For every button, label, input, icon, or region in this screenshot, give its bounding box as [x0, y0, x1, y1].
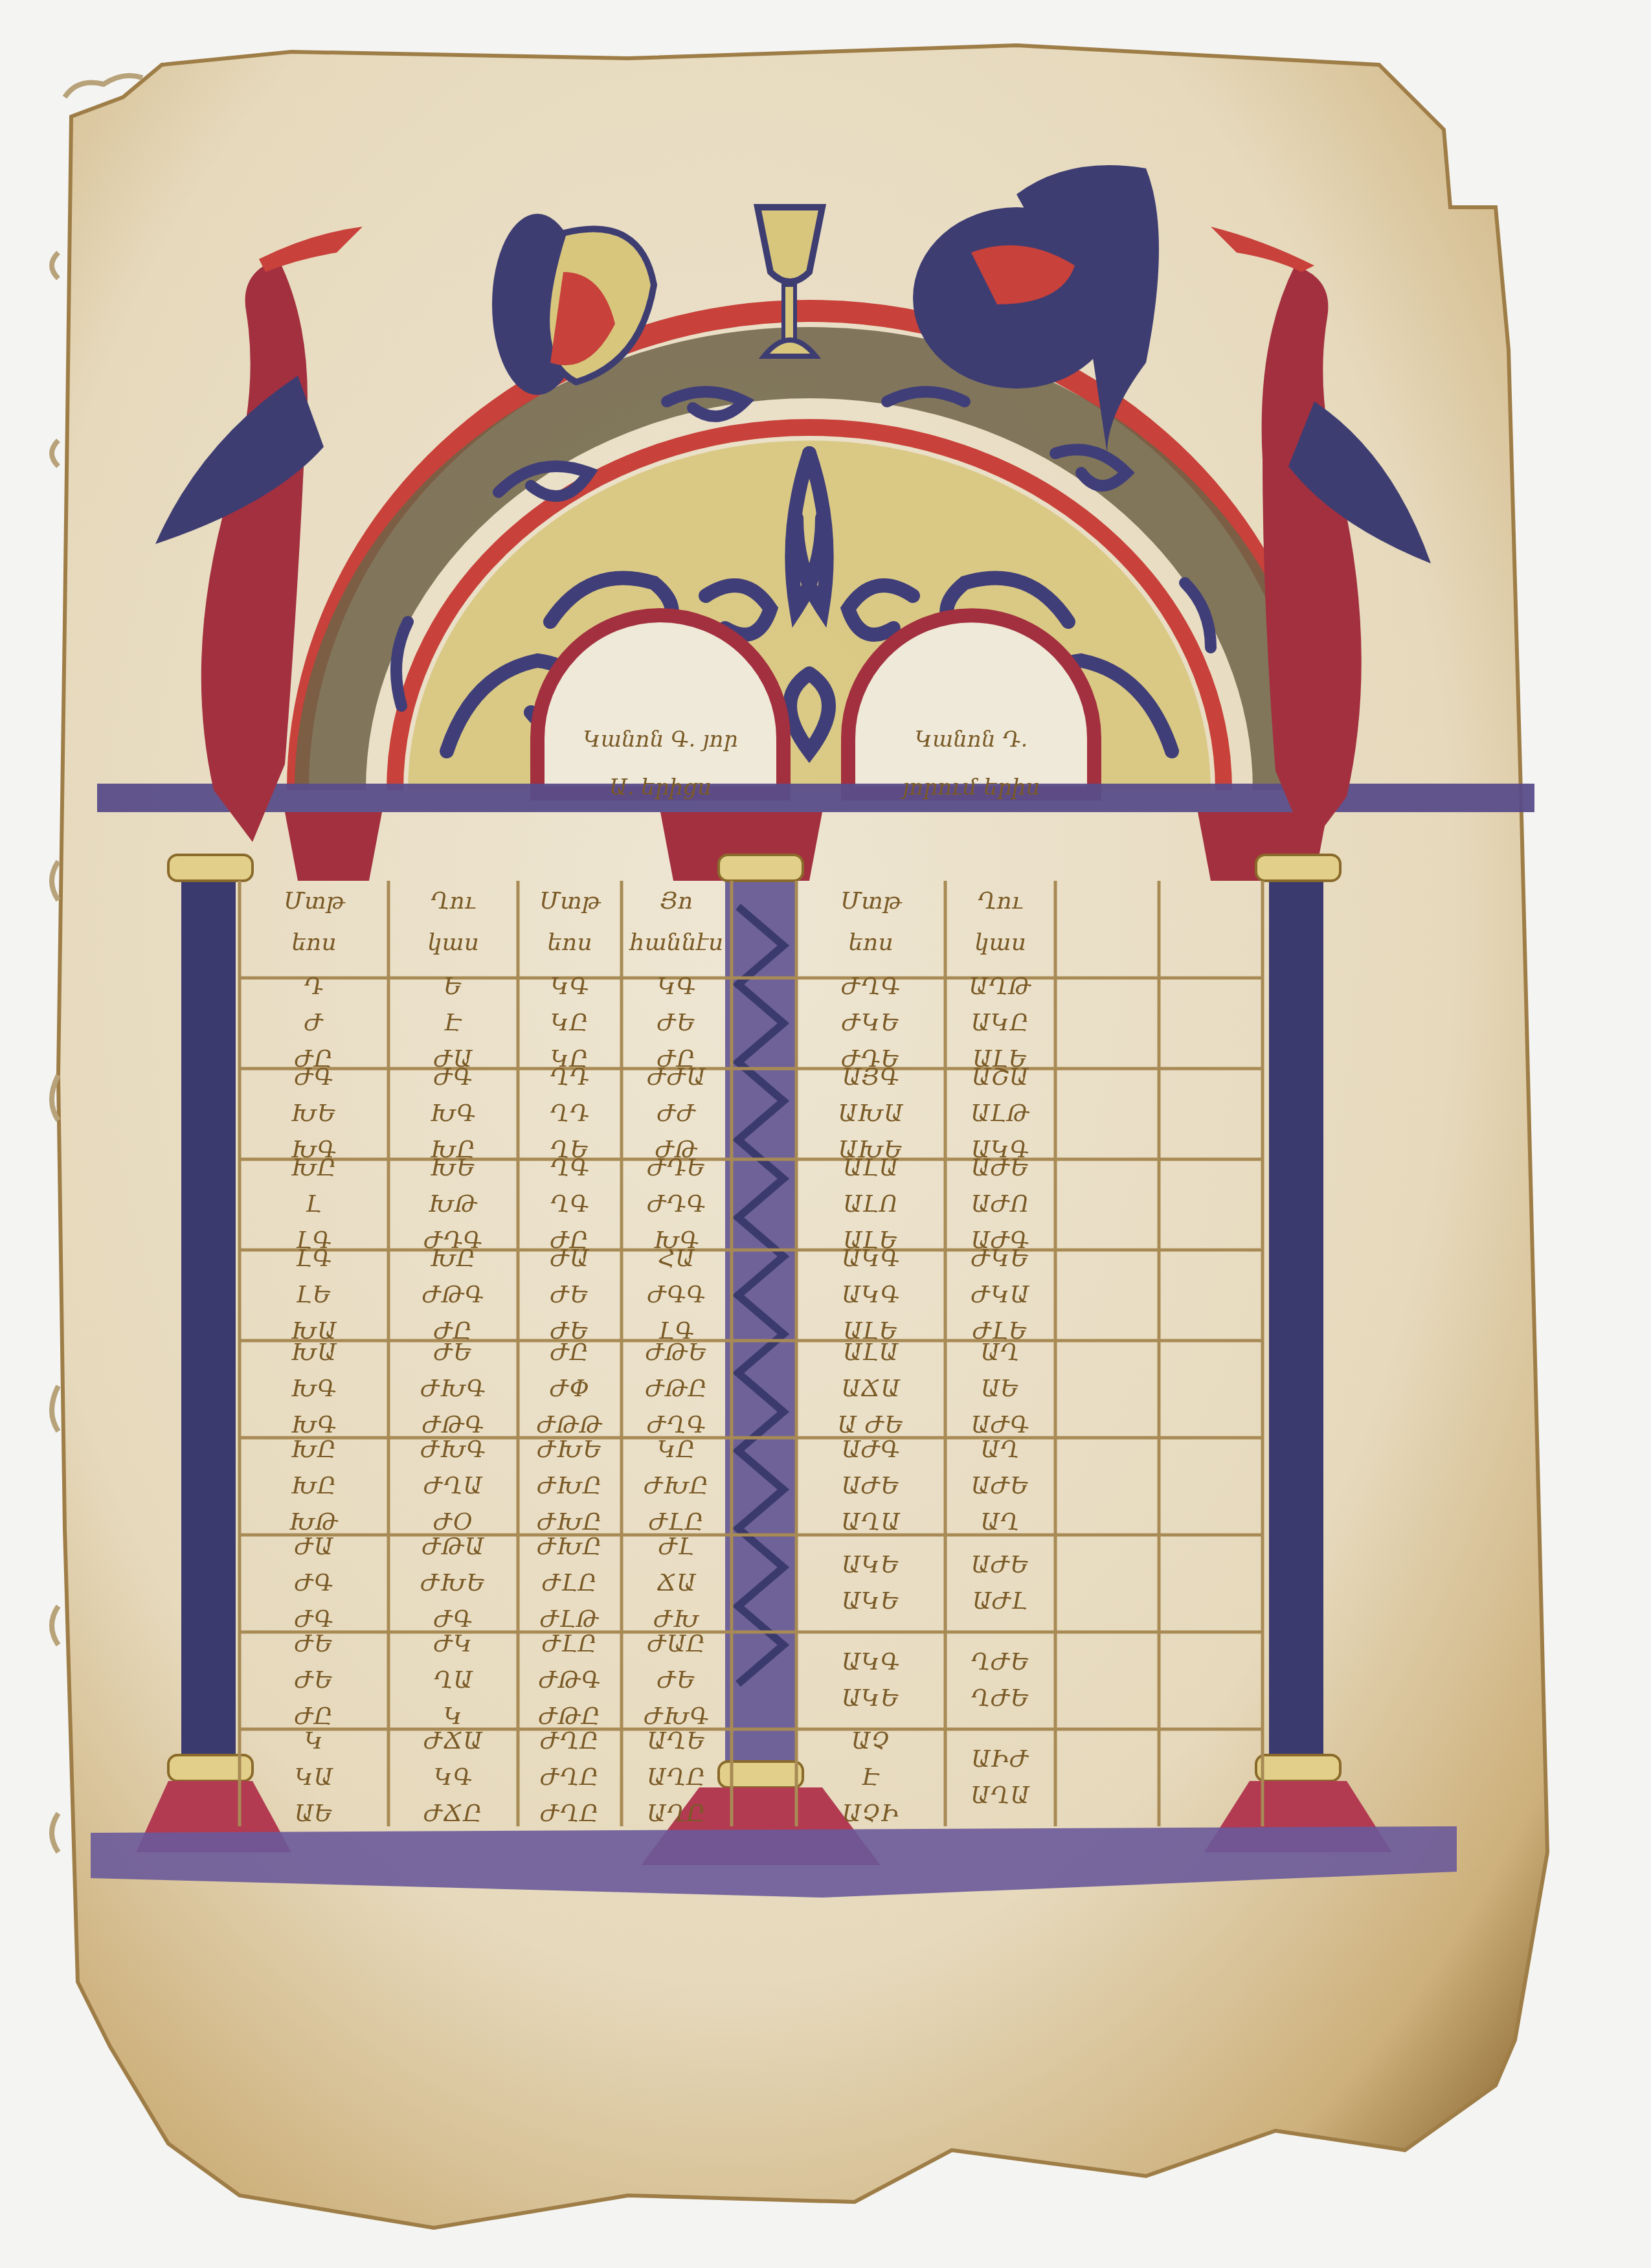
- canon-number: ԱՉԻ: [842, 1796, 900, 1832]
- canon-number: ԺԵ: [657, 1005, 696, 1041]
- column-header-line: կաս: [945, 922, 1055, 964]
- right-arch-title-line-2: յորում երիս: [861, 764, 1081, 811]
- canon-number: ՂԱ: [433, 1662, 473, 1699]
- column-header: [1055, 881, 1159, 978]
- table-cell: ԺԼԸԺԹԳԺԹԸ: [518, 1632, 622, 1729]
- canon-number: ԺԿԵ: [842, 1005, 900, 1041]
- canon-number: ԱԻԺ: [971, 1741, 1029, 1778]
- table-cell: ԱՂԱԵԱԺԳ: [945, 1341, 1055, 1438]
- table-cell: ԽԱԽԳԽԳ: [240, 1341, 388, 1438]
- canon-number: ԱԵ: [295, 1796, 333, 1832]
- table-cell: ԱԼԱԱԼՈԱԼԵ: [796, 1159, 945, 1250]
- canon-number: ԺԵ: [657, 1662, 696, 1699]
- table-cell: ԺԳԽԳԽԸ: [388, 1069, 518, 1159]
- table-cell: ԺՃԱԿԳԺՃԸ: [388, 1729, 518, 1826]
- table-cell: ԺԸԺՓԺԹԹ: [518, 1341, 622, 1438]
- column-header: Ղուկաս: [388, 881, 518, 978]
- column-header-line: Մտթ: [518, 881, 622, 922]
- table-cell: ԿԳԺԵԺԸ: [622, 978, 732, 1069]
- canon-table-left: ՄտթեոսՂուկասՄտթեոսՅոհաննէսԴԺԺԸԵԷԺԱԿԳԿԸԿԸ…: [240, 881, 732, 1826]
- canon-number: ԺԵ: [295, 1626, 333, 1662]
- table-cell: [1159, 1341, 1263, 1438]
- canon-number: ՃԱ: [657, 1565, 696, 1602]
- canon-number: ԱՇԱ: [972, 1060, 1029, 1096]
- canon-number: ԱԺԵ: [971, 1150, 1030, 1186]
- canon-number: ԺԳ: [295, 1565, 333, 1602]
- canon-number: ԱՂԱ: [971, 1778, 1029, 1814]
- table-cell: ԺԺԱԺԺԺԹ: [622, 1069, 732, 1159]
- table-cell: ԱՂԹԱԿԸԱԼԵ: [945, 978, 1055, 1069]
- table-cell: ԱԺԵԱԺԼ: [945, 1535, 1055, 1632]
- canon-number: ԺՂԸ: [540, 1796, 600, 1832]
- canon-number: ՂԺԵ: [971, 1644, 1029, 1681]
- column-header: Ղուկաս: [945, 881, 1055, 978]
- manuscript-leaf: Կանոն Գ. յոր Ա. երիցս Կանոն Դ. յորում եր…: [45, 39, 1612, 2241]
- table-cell: ԱԿԵԱԿԵ: [796, 1535, 945, 1632]
- canon-number: ԱՂ: [980, 1432, 1020, 1468]
- canon-number: ԿԸ: [657, 1432, 696, 1468]
- canon-number: ԽԸ: [291, 1468, 337, 1504]
- table-cell: ԺԹԵԺԹԸԺՂԳ: [622, 1341, 732, 1438]
- canon-number: ԺԵ: [550, 1277, 589, 1313]
- canon-number: ԺԹԸ: [646, 1371, 708, 1407]
- table-cell: ԺԼՃԱԺԽ: [622, 1535, 732, 1632]
- canon-number: ԺԴԳ: [647, 1186, 706, 1223]
- column-header: Մտթեոս: [240, 881, 388, 978]
- table-cell: ԿԿԱԱԵ: [240, 1729, 388, 1826]
- canon-number: ԿԸ: [550, 1005, 589, 1041]
- column-header-line: Մտթ: [796, 881, 945, 922]
- table-cell: [1055, 1069, 1159, 1159]
- table-cell: ԽԸԺԹԳԺԸ: [388, 1250, 518, 1341]
- table-cell: ԺՂԳԺԿԵԺԴԵ: [796, 978, 945, 1069]
- table-cell: [1055, 1535, 1159, 1632]
- column-header-line: կաս: [388, 922, 518, 964]
- canon-number: ԱՅԳ: [842, 1060, 900, 1096]
- canon-number: ԺԺ: [657, 1096, 697, 1132]
- column-header-line: եոս: [240, 922, 388, 964]
- table-cell: [1055, 978, 1159, 1069]
- canon-number: ԿԳ: [657, 969, 696, 1005]
- table-cell: [1055, 1159, 1159, 1250]
- canon-number: ԱՃԱ: [841, 1371, 900, 1407]
- canon-number: Լ: [306, 1186, 322, 1223]
- column-header: Մտթեոս: [518, 881, 622, 978]
- canon-number: ԺԹԵ: [646, 1335, 708, 1371]
- table-cell: ԺԱԺԵԺԵ: [518, 1250, 622, 1341]
- table-cell: [1055, 1632, 1159, 1729]
- canon-number: ՂԴ: [550, 1060, 590, 1096]
- canon-number: ԺԺԱ: [647, 1060, 706, 1096]
- table-cell: ԺԵԺԽԳԺԹԳ: [388, 1341, 518, 1438]
- canon-number: ԱՉ: [851, 1723, 890, 1760]
- column-header: Յոհաննէս: [622, 881, 732, 978]
- canon-number: ԺԿԱ: [971, 1277, 1029, 1313]
- table-cell: [1055, 1250, 1159, 1341]
- canon-number: ԽԸ: [431, 1241, 477, 1277]
- canon-number: ԼԳ: [296, 1241, 332, 1277]
- canon-number: ԱԼԱ: [843, 1335, 899, 1371]
- table-cell: ԺԵԺԵԺԸ: [240, 1632, 388, 1729]
- table-cell: ԺԳԽԵԽԳ: [240, 1069, 388, 1159]
- canon-number: ԱԺԵ: [971, 1547, 1030, 1583]
- table-cell: ԺԱԺԳԺԳ: [240, 1535, 388, 1632]
- canon-number: ԱԼԹ: [971, 1096, 1030, 1132]
- table-cell: ԺԱԸԺԵԺԽԳ: [622, 1632, 732, 1729]
- canon-number: ԺԹԳ: [539, 1662, 601, 1699]
- left-arch-title: Կանոն Գ. յոր Ա. երիցս: [550, 716, 770, 811]
- canon-number: Ե: [444, 969, 463, 1005]
- canon-number: ԱԺՈ: [971, 1186, 1029, 1223]
- table-cell: ԱՇԱԱԼԹԱԿԳ: [945, 1069, 1055, 1159]
- table-cell: ՀԱԺԳԳԼԳ: [622, 1250, 732, 1341]
- table-cell: ԿԸԺԽԸԺԼԸ: [622, 1438, 732, 1535]
- canon-number: ԺԽԳ: [421, 1371, 486, 1407]
- column-header: Մտթեոս: [796, 881, 945, 978]
- column-header-line: եոս: [796, 922, 945, 964]
- canon-number: ԺՂԸ: [540, 1723, 600, 1760]
- table-cell: ԽԸԼԼԳ: [240, 1159, 388, 1250]
- column-header-line: Մտթ: [240, 881, 388, 922]
- canon-number: ԿԳ: [434, 1760, 473, 1796]
- canon-number: ՀԱ: [658, 1241, 695, 1277]
- canon-number: ԱԿԳ: [842, 1241, 900, 1277]
- table-cell: ԱԻԺԱՂԱ: [945, 1729, 1055, 1826]
- table-cell: ԽԸԽԸԽԹ: [240, 1438, 388, 1535]
- canon-number: ԽԳ: [431, 1096, 477, 1132]
- canon-number: ԱԿԳ: [842, 1277, 900, 1313]
- canon-number: ԱԿԵ: [842, 1547, 900, 1583]
- canon-number: Կ: [304, 1723, 324, 1760]
- canon-number: ԱԽԱ: [838, 1096, 904, 1132]
- canon-number: ԽԱ: [291, 1335, 337, 1371]
- column-header-line: Ղու: [388, 881, 518, 922]
- canon-number: ԱԺԵ: [971, 1468, 1030, 1504]
- canon-number: ԺԼԸ: [542, 1626, 598, 1662]
- canon-number: ԽԳ: [291, 1371, 337, 1407]
- canon-number: ԺԱ: [295, 1529, 334, 1565]
- canon-number: ԽԹ: [429, 1186, 478, 1223]
- canon-number: ԺԼԸ: [542, 1565, 598, 1602]
- table-cell: ԺԿՂԱԿ: [388, 1632, 518, 1729]
- table-cell: [1159, 978, 1263, 1069]
- canon-number: ԺԴԵ: [647, 1150, 706, 1186]
- table-cell: ԱՂԱԺԵԱՂ: [945, 1438, 1055, 1535]
- canon-number: ԺԵ: [434, 1335, 473, 1371]
- canon-number: ԱԿԳ: [842, 1644, 900, 1681]
- canon-number: Է: [862, 1760, 880, 1796]
- table-cell: ԺԽԸԺԼԸԺԼԹ: [518, 1535, 622, 1632]
- canon-number: ԺԿԵ: [971, 1241, 1029, 1277]
- canon-table-right: ՄտթեոսՂուկասԺՂԳԺԿԵԺԴԵԱՂԹԱԿԸԱԼԵԱՅԳԱԽԱԱԽԵԱ…: [796, 881, 1263, 1826]
- canon-number: ԱԿԸ: [971, 1005, 1029, 1041]
- canon-number: ԺԽԳ: [421, 1432, 486, 1468]
- column-header-line: հաննէս: [622, 922, 732, 964]
- canon-number: ԺՃԱ: [423, 1723, 482, 1760]
- canon-number: ԺԽԸ: [537, 1468, 602, 1504]
- canon-number: ԺԼ: [658, 1529, 695, 1565]
- canon-number: ԺՓ: [550, 1371, 590, 1407]
- table-cell: ԱԼԱԱՃԱԱ ԺԵ: [796, 1341, 945, 1438]
- column-header-line: եոս: [518, 922, 622, 964]
- canon-number: ԺԹԱ: [422, 1529, 484, 1565]
- left-arch-title-line-1: Կանոն Գ. յոր: [550, 716, 770, 764]
- canon-number: ԱՂ: [980, 1335, 1020, 1371]
- canon-number: ԱԼՈ: [843, 1186, 898, 1223]
- table-cell: ԱԿԳԱԿԳԱԼԵ: [796, 1250, 945, 1341]
- canon-number: ԽԵ: [431, 1150, 477, 1186]
- canon-number: ԱՂԸ: [647, 1760, 706, 1796]
- canon-number: ԱՂԹ: [969, 969, 1031, 1005]
- canon-number: Է: [444, 1005, 462, 1041]
- table-cell: [1159, 1632, 1263, 1729]
- table-cell: ԺԿԵԺԿԱԺԼԵ: [945, 1250, 1055, 1341]
- canon-number: ԺԱԸ: [647, 1626, 706, 1662]
- canon-number: Ժ: [304, 1005, 324, 1041]
- table-cell: ԺԽԵԺԽԸԺԽԸ: [518, 1438, 622, 1535]
- canon-number: ԺՂԳ: [841, 969, 900, 1005]
- canon-number: ԺԳ: [434, 1060, 473, 1096]
- right-column: [1269, 881, 1323, 1787]
- table-cell: ԱԿԳԱԿԵ: [796, 1632, 945, 1729]
- canon-number: ԺԱ: [550, 1241, 590, 1277]
- canon-number: ԽԸ: [291, 1150, 337, 1186]
- table-cell: ԱՉԷԱՉԻ: [796, 1729, 945, 1826]
- column-header-line: Յո: [622, 881, 732, 922]
- table-cell: [1159, 1535, 1263, 1632]
- table-cell: ԽԵԽԹԺԴԳ: [388, 1159, 518, 1250]
- canon-number: ԱԿԵ: [842, 1681, 900, 1717]
- canon-number: Դ: [304, 969, 324, 1005]
- table-cell: ԱԺԳԱԺԵԱՂԱ: [796, 1438, 945, 1535]
- table-cell: [1159, 1159, 1263, 1250]
- table-cell: ԺԹԱԺԽԵԺԳ: [388, 1535, 518, 1632]
- table-cell: [1055, 1729, 1159, 1826]
- canon-number: ԺԽԸ: [537, 1529, 602, 1565]
- canon-number: ԺԳԳ: [647, 1277, 706, 1313]
- table-cell: [1159, 1729, 1263, 1826]
- canon-number: ԱԿԵ: [842, 1583, 900, 1620]
- table-cell: ԴԺԺԸ: [240, 978, 388, 1069]
- canon-number: ԺԿ: [434, 1626, 473, 1662]
- canon-number: ԺԸ: [550, 1335, 590, 1371]
- column-header: [1159, 881, 1263, 978]
- table-cell: [1159, 1069, 1263, 1159]
- table-cell: ՂԺԵՂԺԵ: [945, 1632, 1055, 1729]
- table-cell: ԺՂԸԺՂԸԺՂԸ: [518, 1729, 622, 1826]
- table-cell: ԺԽԳԺՂԱԺՕ: [388, 1438, 518, 1535]
- table-cell: [1159, 1250, 1263, 1341]
- table-cell: ՂԳՂԳԺԸ: [518, 1159, 622, 1250]
- table-cell: [1159, 1438, 1263, 1535]
- table-cell: ԵԷԺԱ: [388, 978, 518, 1069]
- left-column: [181, 881, 236, 1787]
- canon-number: ԱԺԼ: [972, 1583, 1028, 1620]
- table-cell: [1055, 1341, 1159, 1438]
- canon-number: ԺԽԵ: [421, 1565, 486, 1602]
- canon-number: ԺՂԱ: [423, 1468, 483, 1504]
- canon-number: ԿԱ: [295, 1760, 333, 1796]
- canon-number: ԺԽԵ: [537, 1432, 603, 1468]
- canon-number: ԱՂԵ: [647, 1723, 706, 1760]
- column-header-line: Ղու: [945, 881, 1055, 922]
- canon-number: ԺՃԸ: [423, 1796, 483, 1832]
- table-cell: ԿԳԿԸԿԸ: [518, 978, 622, 1069]
- canon-number: ԺԳ: [295, 1060, 333, 1096]
- table-cell: ԺԴԵԺԴԳԽԳ: [622, 1159, 732, 1250]
- canon-number: ՂԺԵ: [971, 1681, 1029, 1717]
- canon-number: ԿԳ: [550, 969, 589, 1005]
- canon-number: ԽԸ: [291, 1432, 337, 1468]
- right-arch-title: Կանոն Դ. յորում երիս: [861, 716, 1081, 811]
- table-cell: ԱԺԵԱԺՈԱԺԳ: [945, 1159, 1055, 1250]
- table-cell: ԱՂԵԱՂԸԱՂԸ: [622, 1729, 732, 1826]
- table-cell: [1055, 1438, 1159, 1535]
- right-arch-title-line-1: Կանոն Դ.: [861, 716, 1081, 764]
- canon-number: ԽԵ: [291, 1096, 337, 1132]
- left-arch-title-line-2: Ա. երիցս: [550, 764, 770, 811]
- canon-number: ՂԴ: [550, 1096, 590, 1132]
- canon-number: ԱՂԸ: [647, 1796, 706, 1832]
- table-cell: ԼԳԼԵԽԱ: [240, 1250, 388, 1341]
- canon-number: ԺԹԳ: [422, 1277, 484, 1313]
- canon-number: ԱԼԱ: [843, 1150, 899, 1186]
- canon-number: ԼԵ: [296, 1277, 332, 1313]
- canon-number: ՂԳ: [550, 1186, 589, 1223]
- canon-number: ԱԺԳ: [842, 1432, 901, 1468]
- table-cell: ՂԴՂԴՂԵ: [518, 1069, 622, 1159]
- canon-number: ԱԺԵ: [842, 1468, 901, 1504]
- canon-number: ԺՂԸ: [540, 1760, 600, 1796]
- canon-number: ԺԵ: [295, 1662, 333, 1699]
- canon-number: ԱԵ: [981, 1371, 1020, 1407]
- canon-number: ՂԳ: [550, 1150, 589, 1186]
- canon-number: ԺԽԸ: [644, 1468, 709, 1504]
- table-cell: ԱՅԳԱԽԱԱԽԵ: [796, 1069, 945, 1159]
